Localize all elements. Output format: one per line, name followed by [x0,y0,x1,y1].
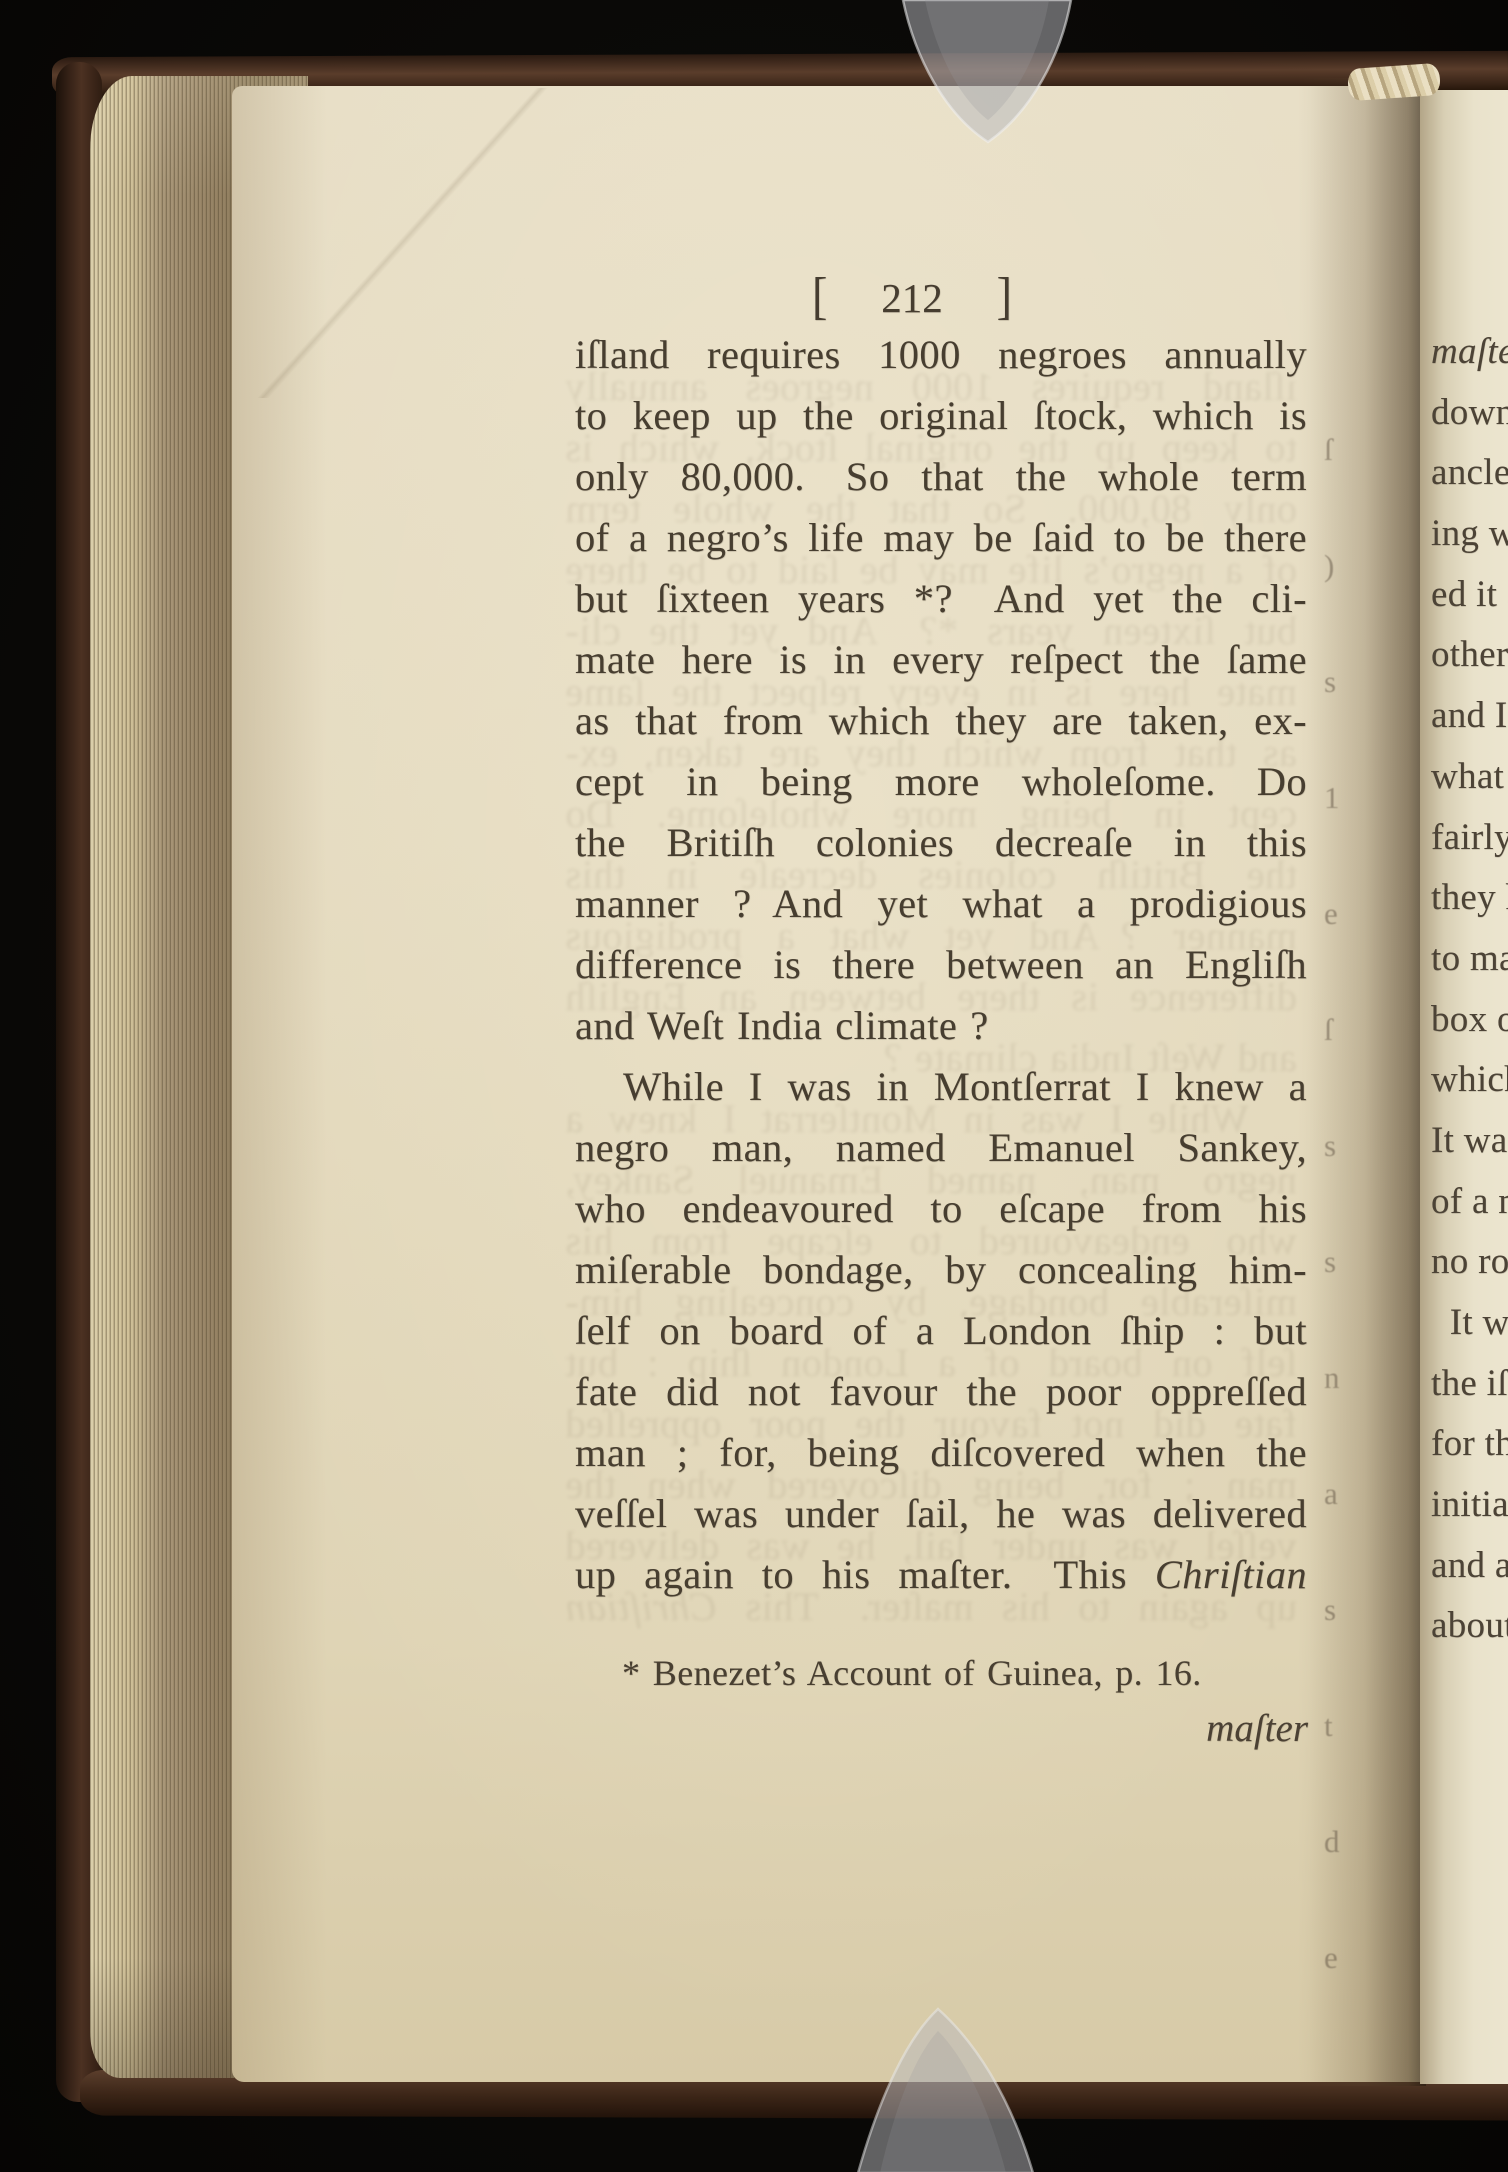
gutter-fragment: d [1324,1784,1364,1900]
text-line: the iſla [1431,1354,1508,1415]
gutter-fragment: t [1324,1668,1364,1784]
text-line: mate here is in every reſpect the ſame [575,629,1307,690]
text-line: negro man, named Emanuel Sankey, [575,1117,1307,1178]
text-line: initial [1431,1475,1508,1536]
text-line: which [1431,1050,1508,1111]
body-text-block: iſland requires 1000 negroes annuallyto … [575,324,1307,1605]
gutter-fragment: ſ [1324,392,1364,508]
page-number-header: [ 212 ] [812,274,1012,322]
text-line: box or c [1431,990,1508,1051]
text-line: for the [1431,1414,1508,1475]
gutter-fragment: 1 [1324,740,1364,856]
text-line: they had [1431,868,1508,929]
text-line: of a negro’s life may be ſaid to be ther… [575,507,1307,568]
page-crease [240,88,570,398]
text-line: fate did not favour the poor oppreſſed [575,1361,1307,1422]
text-line: the Britiſh colonies decreaſe in this [575,812,1307,873]
text-line: ing wax, a [1431,504,1508,565]
footnote-text: Benezet’s Account of Guinea, p. 16. [640,1653,1201,1693]
catchword: maſter [1120,1706,1308,1751]
text-line: It w [1431,1293,1508,1354]
text-line: and I be [1431,686,1508,747]
text-line: miſerable bondage, by concealing him- [575,1239,1307,1300]
text-line: and a [1431,1536,1508,1597]
gutter-fragment: s [1324,1204,1364,1320]
text-line: difference is there between an Engliſh [575,934,1307,995]
text-line: cept in being more wholeſome. Do [575,751,1307,812]
text-line: It was j [1431,1111,1508,1172]
footnote-marker: * [622,1653,640,1693]
text-line: who endeavoured to eſcape from his [575,1178,1307,1239]
book-photograph: iſland requires 1000 negroes annuallyto … [0,0,1508,2172]
text-line: about [1431,1596,1508,1657]
text-line: no roo [1431,1232,1508,1293]
page-number-bracket-left: [ [812,271,827,320]
text-line: While I was in Montſerrat I knew a [575,1056,1307,1117]
facing-page-text-block: maſter immdown to tancle, anding wax, ae… [1431,322,1508,1657]
text-line: veſſel was under ſail, he was delivered [575,1483,1307,1544]
gutter-fragment: s [1324,624,1364,740]
text-line: but ſixteen years *? And yet the cli- [575,568,1307,629]
text-line: other ma [1431,625,1508,686]
text-line: maſter imm [1431,322,1508,383]
book-headband [1347,63,1441,101]
page-clamp-top [893,0,1093,158]
text-line: fairly ta [1431,808,1508,869]
gutter-fragment: n [1324,1320,1364,1436]
gutter-fragment: ) [1324,508,1364,624]
text-line: of a ma [1431,1172,1508,1233]
text-line: what ha [1431,747,1508,808]
text-line: up again to his maſter. This Chriſtian [575,1544,1307,1605]
text-line: to make [1431,929,1508,990]
text-line: man ; for, being diſcovered when the [575,1422,1307,1483]
page-clamp-bottom [838,2003,1053,2172]
text-line: to keep up the original ſtock, which is [575,385,1307,446]
gutter-fragment: e [1324,856,1364,972]
gutter-text-fragments: ſ)s1eſssnastde [1324,392,1364,2016]
text-line: down to t [1431,383,1508,444]
gutter-fragment: s [1324,1552,1364,1668]
text-line: ed it all o [1431,565,1508,626]
gutter-fragment: ſ [1324,972,1364,1088]
text-line: and Weſt India climate ? [575,995,1307,1056]
text-line: ſelf on board of a London ſhip : but [575,1300,1307,1361]
page-number: 212 [881,274,943,322]
footnote: * Benezet’s Account of Guinea, p. 16. [622,1652,1202,1694]
text-line: ancle, and [1431,443,1508,504]
gutter-fragment: a [1324,1436,1364,1552]
text-line: as that from which they are taken, ex- [575,690,1307,751]
text-line: manner ? And yet what a prodigious [575,873,1307,934]
gutter-fragment: e [1324,1900,1364,2016]
gutter-fragment: s [1324,1088,1364,1204]
text-line: only 80,000. So that the whole term [575,446,1307,507]
page-number-bracket-right: ] [997,271,1012,320]
text-line: iſland requires 1000 negroes annually [575,324,1307,385]
